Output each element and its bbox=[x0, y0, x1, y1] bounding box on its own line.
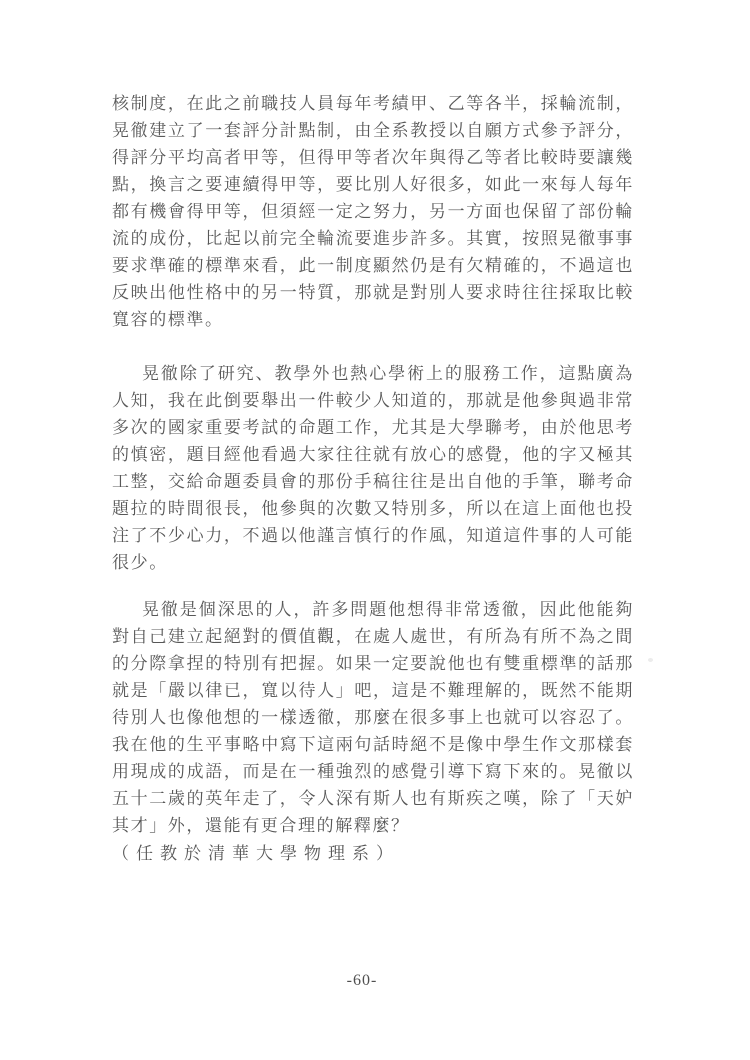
text-line: 流的成份，比起以前完全輪流要進步許多。其實，按照晃徹事事 bbox=[112, 225, 634, 252]
text-line: 待別人也像他想的一樣透徹，那麼在很多事上也就可以容忍了。 bbox=[112, 704, 634, 731]
author-attribution: （任教於清華大學物理系） bbox=[112, 840, 634, 867]
text-line: 要求準確的標準來看，此一制度顯然仍是有欠精確的，不過這也 bbox=[112, 252, 634, 279]
text-line: 得評分平均高者甲等，但得甲等者次年與得乙等者比較時要讓幾 bbox=[112, 144, 634, 171]
page-number: -60- bbox=[0, 972, 724, 990]
text-line: 寬容的標準。 bbox=[112, 306, 634, 333]
text-line: 用現成的成語，而是在一種強烈的感覺引導下寫下來的。晃徹以 bbox=[112, 758, 634, 785]
text-line: 其才」外，還能有更合理的解釋麼？ bbox=[112, 812, 634, 839]
text-line: 工整，交給命題委員會的那份手稿往往是出自他的手筆，聯考命 bbox=[112, 468, 634, 495]
text-body: 核制度，在此之前職技人員每年考績甲、乙等各半，採輪流制， 晃徹建立了一套評分計點… bbox=[112, 90, 634, 867]
text-line: 的慎密，題目經他看過大家往往就有放心的感覺，他的字又極其 bbox=[112, 441, 634, 468]
text-line: 的分際拿捏的特別有把握。如果一定要說他也有雙重標準的話那 bbox=[112, 650, 634, 677]
scan-artifact bbox=[648, 658, 653, 662]
text-line: 都有機會得甲等，但須經一定之努力，另一方面也保留了部份輪 bbox=[112, 198, 634, 225]
text-line: 核制度，在此之前職技人員每年考績甲、乙等各半，採輪流制， bbox=[112, 90, 634, 117]
document-page: 核制度，在此之前職技人員每年考績甲、乙等各半，採輪流制， 晃徹建立了一套評分計點… bbox=[0, 0, 750, 1060]
paragraph: 核制度，在此之前職技人員每年考績甲、乙等各半，採輪流制， 晃徹建立了一套評分計點… bbox=[112, 90, 634, 333]
paragraph: 晃徹除了研究、教學外也熱心學術上的服務工作，這點廣為 人知，我在此倒要舉出一件較… bbox=[112, 360, 634, 576]
text-line: 我在他的生平事略中寫下這兩句話時絕不是像中學生作文那樣套 bbox=[112, 731, 634, 758]
text-line: 晃徹建立了一套評分計點制，由全系教授以自願方式參予評分， bbox=[112, 117, 634, 144]
text-line: 對自己建立起絕對的價值觀，在處人處世，有所為有所不為之間 bbox=[112, 623, 634, 650]
text-line: 五十二歲的英年走了，令人深有斯人也有斯疾之嘆，除了「天妒 bbox=[112, 785, 634, 812]
paragraph-gap bbox=[112, 333, 634, 360]
text-line: 注了不少心力，不過以他謹言慎行的作風，知道這件事的人可能 bbox=[112, 522, 634, 549]
text-line: 題拉的時間很長，他參與的次數又特別多，所以在這上面他也投 bbox=[112, 495, 634, 522]
text-line: 人知，我在此倒要舉出一件較少人知道的，那就是他參與過非常 bbox=[112, 387, 634, 414]
text-line: 反映出他性格中的另一特質，那就是對別人要求時往往採取比較 bbox=[112, 279, 634, 306]
text-line: 多次的國家重要考試的命題工作，尤其是大學聯考，由於他思考 bbox=[112, 414, 634, 441]
text-line: 就是「嚴以律已，寬以待人」吧，這是不難理解的，既然不能期 bbox=[112, 677, 634, 704]
text-line: 很少。 bbox=[112, 549, 634, 576]
paragraph-gap bbox=[112, 576, 634, 596]
paragraph: 晃徹是個深思的人，許多問題他想得非常透徹，因此他能夠 對自己建立起絕對的價值觀，… bbox=[112, 596, 634, 839]
text-line: 晃徹除了研究、教學外也熱心學術上的服務工作，這點廣為 bbox=[112, 360, 634, 387]
text-line: 點，換言之要連續得甲等，要比別人好很多，如此一來每人每年 bbox=[112, 171, 634, 198]
text-line: 晃徹是個深思的人，許多問題他想得非常透徹，因此他能夠 bbox=[112, 596, 634, 623]
